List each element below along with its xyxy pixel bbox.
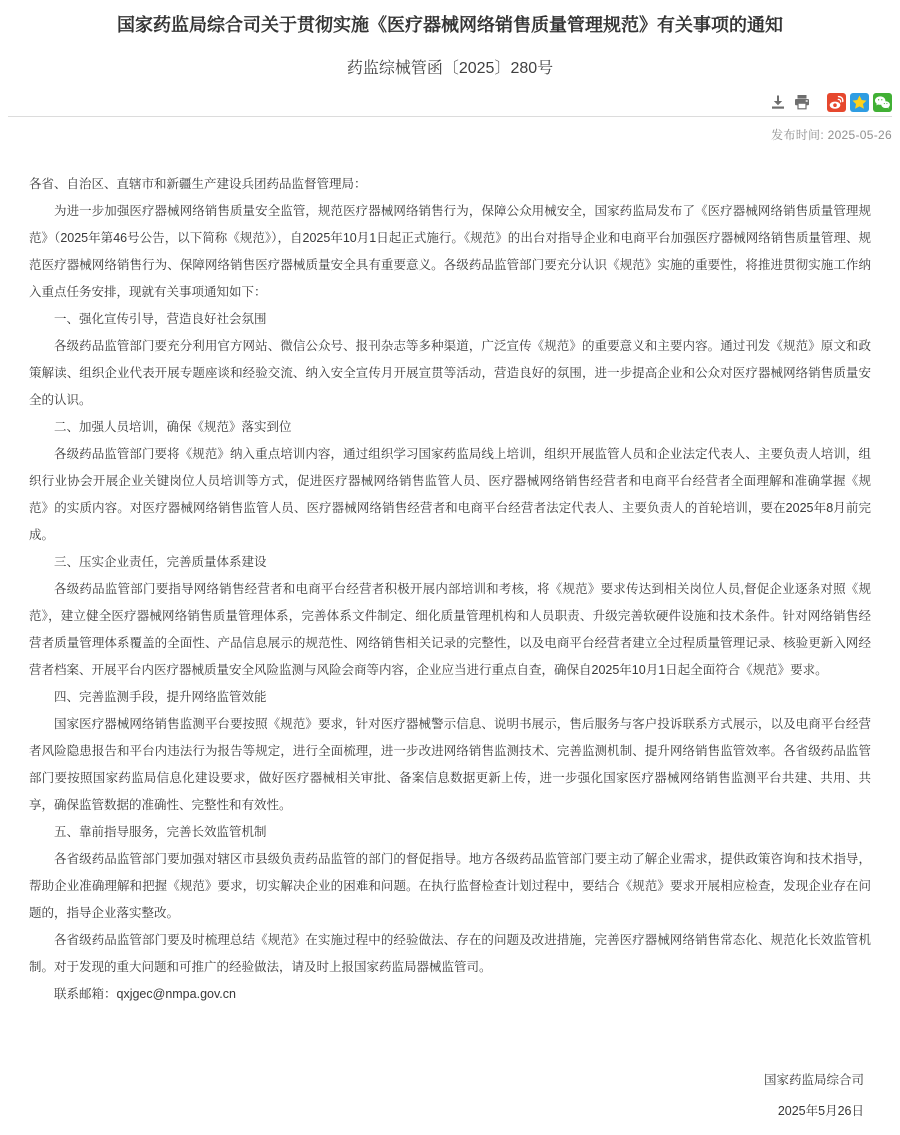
body-paragraph: 各省级药品监管部门要加强对辖区市县级负责药品监管的部门的督促指导。地方各级药品监… — [29, 846, 871, 927]
body-paragraph: 各省级药品监管部门要及时梳理总结《规范》在实施过程中的经验做法、存在的问题及改进… — [29, 927, 871, 981]
print-icon[interactable] — [793, 94, 810, 111]
signature-org: 国家药监局综合司 — [0, 1070, 864, 1090]
download-icon[interactable] — [769, 94, 786, 111]
body-paragraph: 国家医疗器械网络销售监测平台要按照《规范》要求，针对医疗器械警示信息、说明书展示… — [29, 711, 871, 819]
section-heading: 三、压实企业责任，完善质量体系建设 — [29, 549, 871, 576]
signature-block: 国家药监局综合司 2025年5月26日 — [0, 1070, 900, 1135]
toolbar — [0, 92, 900, 112]
body-paragraph: 联系邮箱：qxjgec@nmpa.gov.cn — [29, 981, 871, 1008]
signature-date: 2025年5月26日 — [0, 1101, 864, 1121]
page-title: 国家药监局综合司关于贯彻实施《医疗器械网络销售质量管理规范》有关事项的通知 — [0, 12, 900, 38]
publish-date: 2025-05-26 — [828, 128, 892, 142]
publish-time: 发布时间: 2025-05-26 — [0, 126, 900, 143]
section-heading: 四、完善监测手段，提升网络监管效能 — [29, 684, 871, 711]
notice-page: 国家药监局综合司关于贯彻实施《医疗器械网络销售质量管理规范》有关事项的通知 药监… — [0, 0, 900, 1135]
body-paragraph: 各级药品监管部门要将《规范》纳入重点培训内容，通过组织学习国家药监局线上培训，组… — [29, 441, 871, 549]
doc-number: 药监综械管函〔2025〕280号 — [0, 55, 900, 78]
share-wechat-icon[interactable] — [873, 93, 892, 112]
share-icons — [827, 93, 892, 112]
body-paragraph: 为进一步加强医疗器械网络销售质量安全监管，规范医疗器械网络销售行为，保障公众用械… — [29, 198, 871, 306]
divider — [8, 116, 892, 117]
publish-time-label: 发布时间: — [771, 128, 827, 142]
body-paragraph: 各级药品监管部门要指导网络销售经营者和电商平台经营者积极开展内部培训和考核，将《… — [29, 576, 871, 684]
section-heading: 五、靠前指导服务，完善长效监管机制 — [29, 819, 871, 846]
share-weibo-icon[interactable] — [827, 93, 846, 112]
share-qzone-icon[interactable] — [850, 93, 869, 112]
section-heading: 二、加强人员培训，确保《规范》落实到位 — [29, 414, 871, 441]
salutation-line: 各省、自治区、直辖市和新疆生产建设兵团药品监督管理局： — [29, 171, 871, 198]
body-paragraph: 各级药品监管部门要充分利用官方网站、微信公众号、报刊杂志等多种渠道，广泛宣传《规… — [29, 333, 871, 414]
document-body: 各省、自治区、直辖市和新疆生产建设兵团药品监督管理局：为进一步加强医疗器械网络销… — [0, 171, 900, 1008]
section-heading: 一、强化宣传引导，营造良好社会氛围 — [29, 306, 871, 333]
